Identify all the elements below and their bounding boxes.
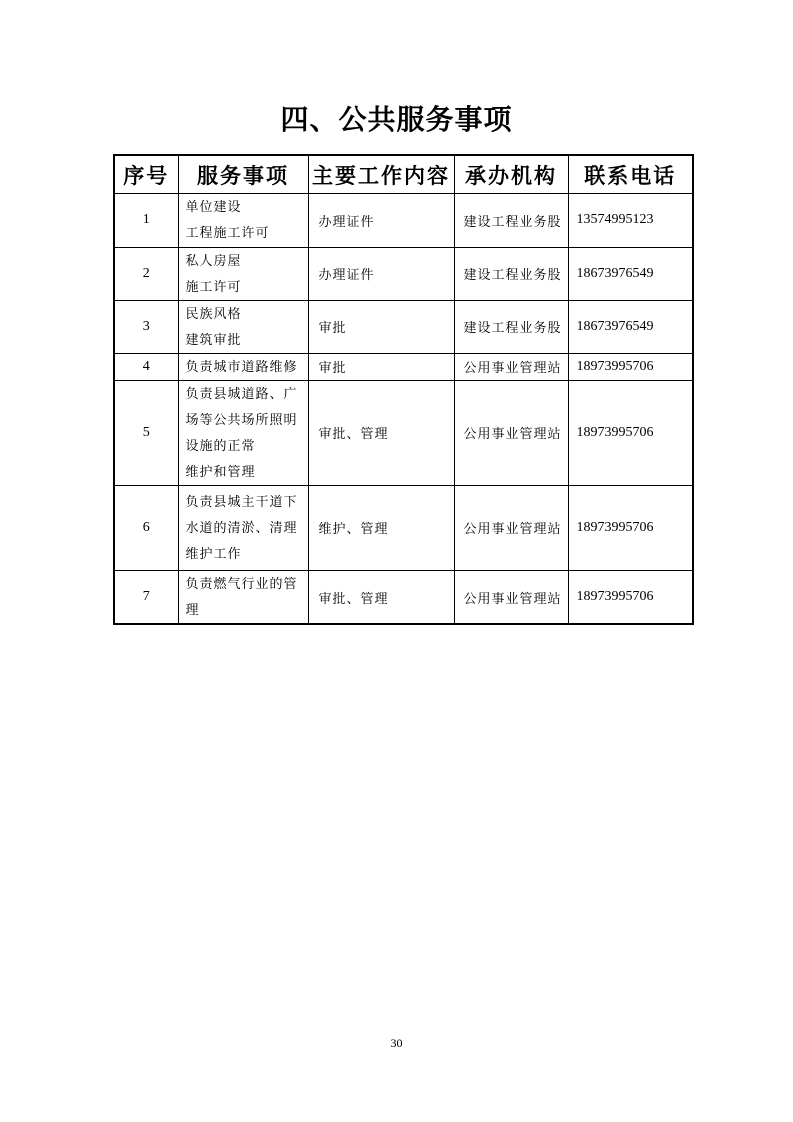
document-page: 四、公共服务事项 序号 服务事项 主要工作内容 承办机构 联系电话 1 单位建设…	[0, 0, 793, 625]
table-row: 5 负责县城道路、广场等公共场所照明设施的正常维护和管理 审批、管理 公用事业管…	[114, 380, 693, 485]
table-header-row: 序号 服务事项 主要工作内容 承办机构 联系电话	[114, 155, 693, 193]
page-title: 四、公共服务事项	[0, 0, 793, 138]
cell-main-work: 审批	[308, 353, 454, 380]
table-row: 3 民族风格建筑审批 审批 建设工程业务股 18673976549	[114, 300, 693, 353]
cell-seq-number: 6	[114, 485, 178, 570]
cell-service-item: 民族风格建筑审批	[178, 300, 308, 353]
cell-main-work: 审批	[308, 300, 454, 353]
cell-phone: 13574995123	[568, 193, 693, 247]
cell-phone: 18973995706	[568, 353, 693, 380]
cell-agency: 公用事业管理站	[454, 485, 568, 570]
service-line: 私人房屋	[186, 248, 304, 274]
cell-service-item: 私人房屋施工许可	[178, 247, 308, 300]
table-body: 1 单位建设工程施工许可 办理证件 建设工程业务股 13574995123 2 …	[114, 193, 693, 624]
table-row: 2 私人房屋施工许可 办理证件 建设工程业务股 18673976549	[114, 247, 693, 300]
cell-service-item: 负责县城主干道下水道的清淤、清理维护工作	[178, 485, 308, 570]
cell-seq-number: 1	[114, 193, 178, 247]
service-line: 工程施工许可	[186, 220, 304, 246]
table-row: 1 单位建设工程施工许可 办理证件 建设工程业务股 13574995123	[114, 193, 693, 247]
service-line: 负责县城主干道下	[186, 489, 304, 515]
service-line: 设施的正常	[186, 433, 304, 459]
cell-seq-number: 7	[114, 570, 178, 624]
cell-phone: 18973995706	[568, 485, 693, 570]
table-header: 序号 服务事项 主要工作内容 承办机构 联系电话	[114, 155, 693, 193]
service-line: 维护工作	[186, 541, 304, 567]
header-main-work: 主要工作内容	[308, 155, 454, 193]
header-agency: 承办机构	[454, 155, 568, 193]
table-row: 4 负责城市道路维修 审批 公用事业管理站 18973995706	[114, 353, 693, 380]
cell-agency: 建设工程业务股	[454, 193, 568, 247]
cell-agency: 建设工程业务股	[454, 300, 568, 353]
cell-service-item: 单位建设工程施工许可	[178, 193, 308, 247]
cell-seq-number: 5	[114, 380, 178, 485]
service-line: 负责城市道路维修	[186, 354, 304, 380]
cell-agency: 公用事业管理站	[454, 380, 568, 485]
service-line: 施工许可	[186, 274, 304, 300]
service-line: 维护和管理	[186, 459, 304, 485]
service-line: 理	[186, 597, 304, 623]
cell-main-work: 办理证件	[308, 247, 454, 300]
cell-main-work: 审批、管理	[308, 570, 454, 624]
cell-agency: 建设工程业务股	[454, 247, 568, 300]
service-line: 建筑审批	[186, 327, 304, 353]
service-line: 水道的清淤、清理	[186, 515, 304, 541]
cell-phone: 18973995706	[568, 380, 693, 485]
service-line: 单位建设	[186, 194, 304, 220]
header-service-item: 服务事项	[178, 155, 308, 193]
table-row: 7 负责燃气行业的管理 审批、管理 公用事业管理站 18973995706	[114, 570, 693, 624]
cell-phone: 18673976549	[568, 300, 693, 353]
cell-main-work: 维护、管理	[308, 485, 454, 570]
table-row: 6 负责县城主干道下水道的清淤、清理维护工作 维护、管理 公用事业管理站 189…	[114, 485, 693, 570]
service-line: 负责燃气行业的管	[186, 571, 304, 597]
cell-service-item: 负责县城道路、广场等公共场所照明设施的正常维护和管理	[178, 380, 308, 485]
cell-seq-number: 4	[114, 353, 178, 380]
cell-agency: 公用事业管理站	[454, 570, 568, 624]
page-number: 30	[0, 1036, 793, 1051]
cell-seq-number: 2	[114, 247, 178, 300]
cell-service-item: 负责燃气行业的管理	[178, 570, 308, 624]
cell-phone: 18973995706	[568, 570, 693, 624]
cell-main-work: 办理证件	[308, 193, 454, 247]
public-services-table: 序号 服务事项 主要工作内容 承办机构 联系电话 1 单位建设工程施工许可 办理…	[113, 154, 694, 625]
cell-main-work: 审批、管理	[308, 380, 454, 485]
service-line: 民族风格	[186, 301, 304, 327]
cell-service-item: 负责城市道路维修	[178, 353, 308, 380]
header-phone: 联系电话	[568, 155, 693, 193]
cell-phone: 18673976549	[568, 247, 693, 300]
service-line: 负责县城道路、广	[186, 381, 304, 407]
header-seq-number: 序号	[114, 155, 178, 193]
cell-seq-number: 3	[114, 300, 178, 353]
service-line: 场等公共场所照明	[186, 407, 304, 433]
cell-agency: 公用事业管理站	[454, 353, 568, 380]
